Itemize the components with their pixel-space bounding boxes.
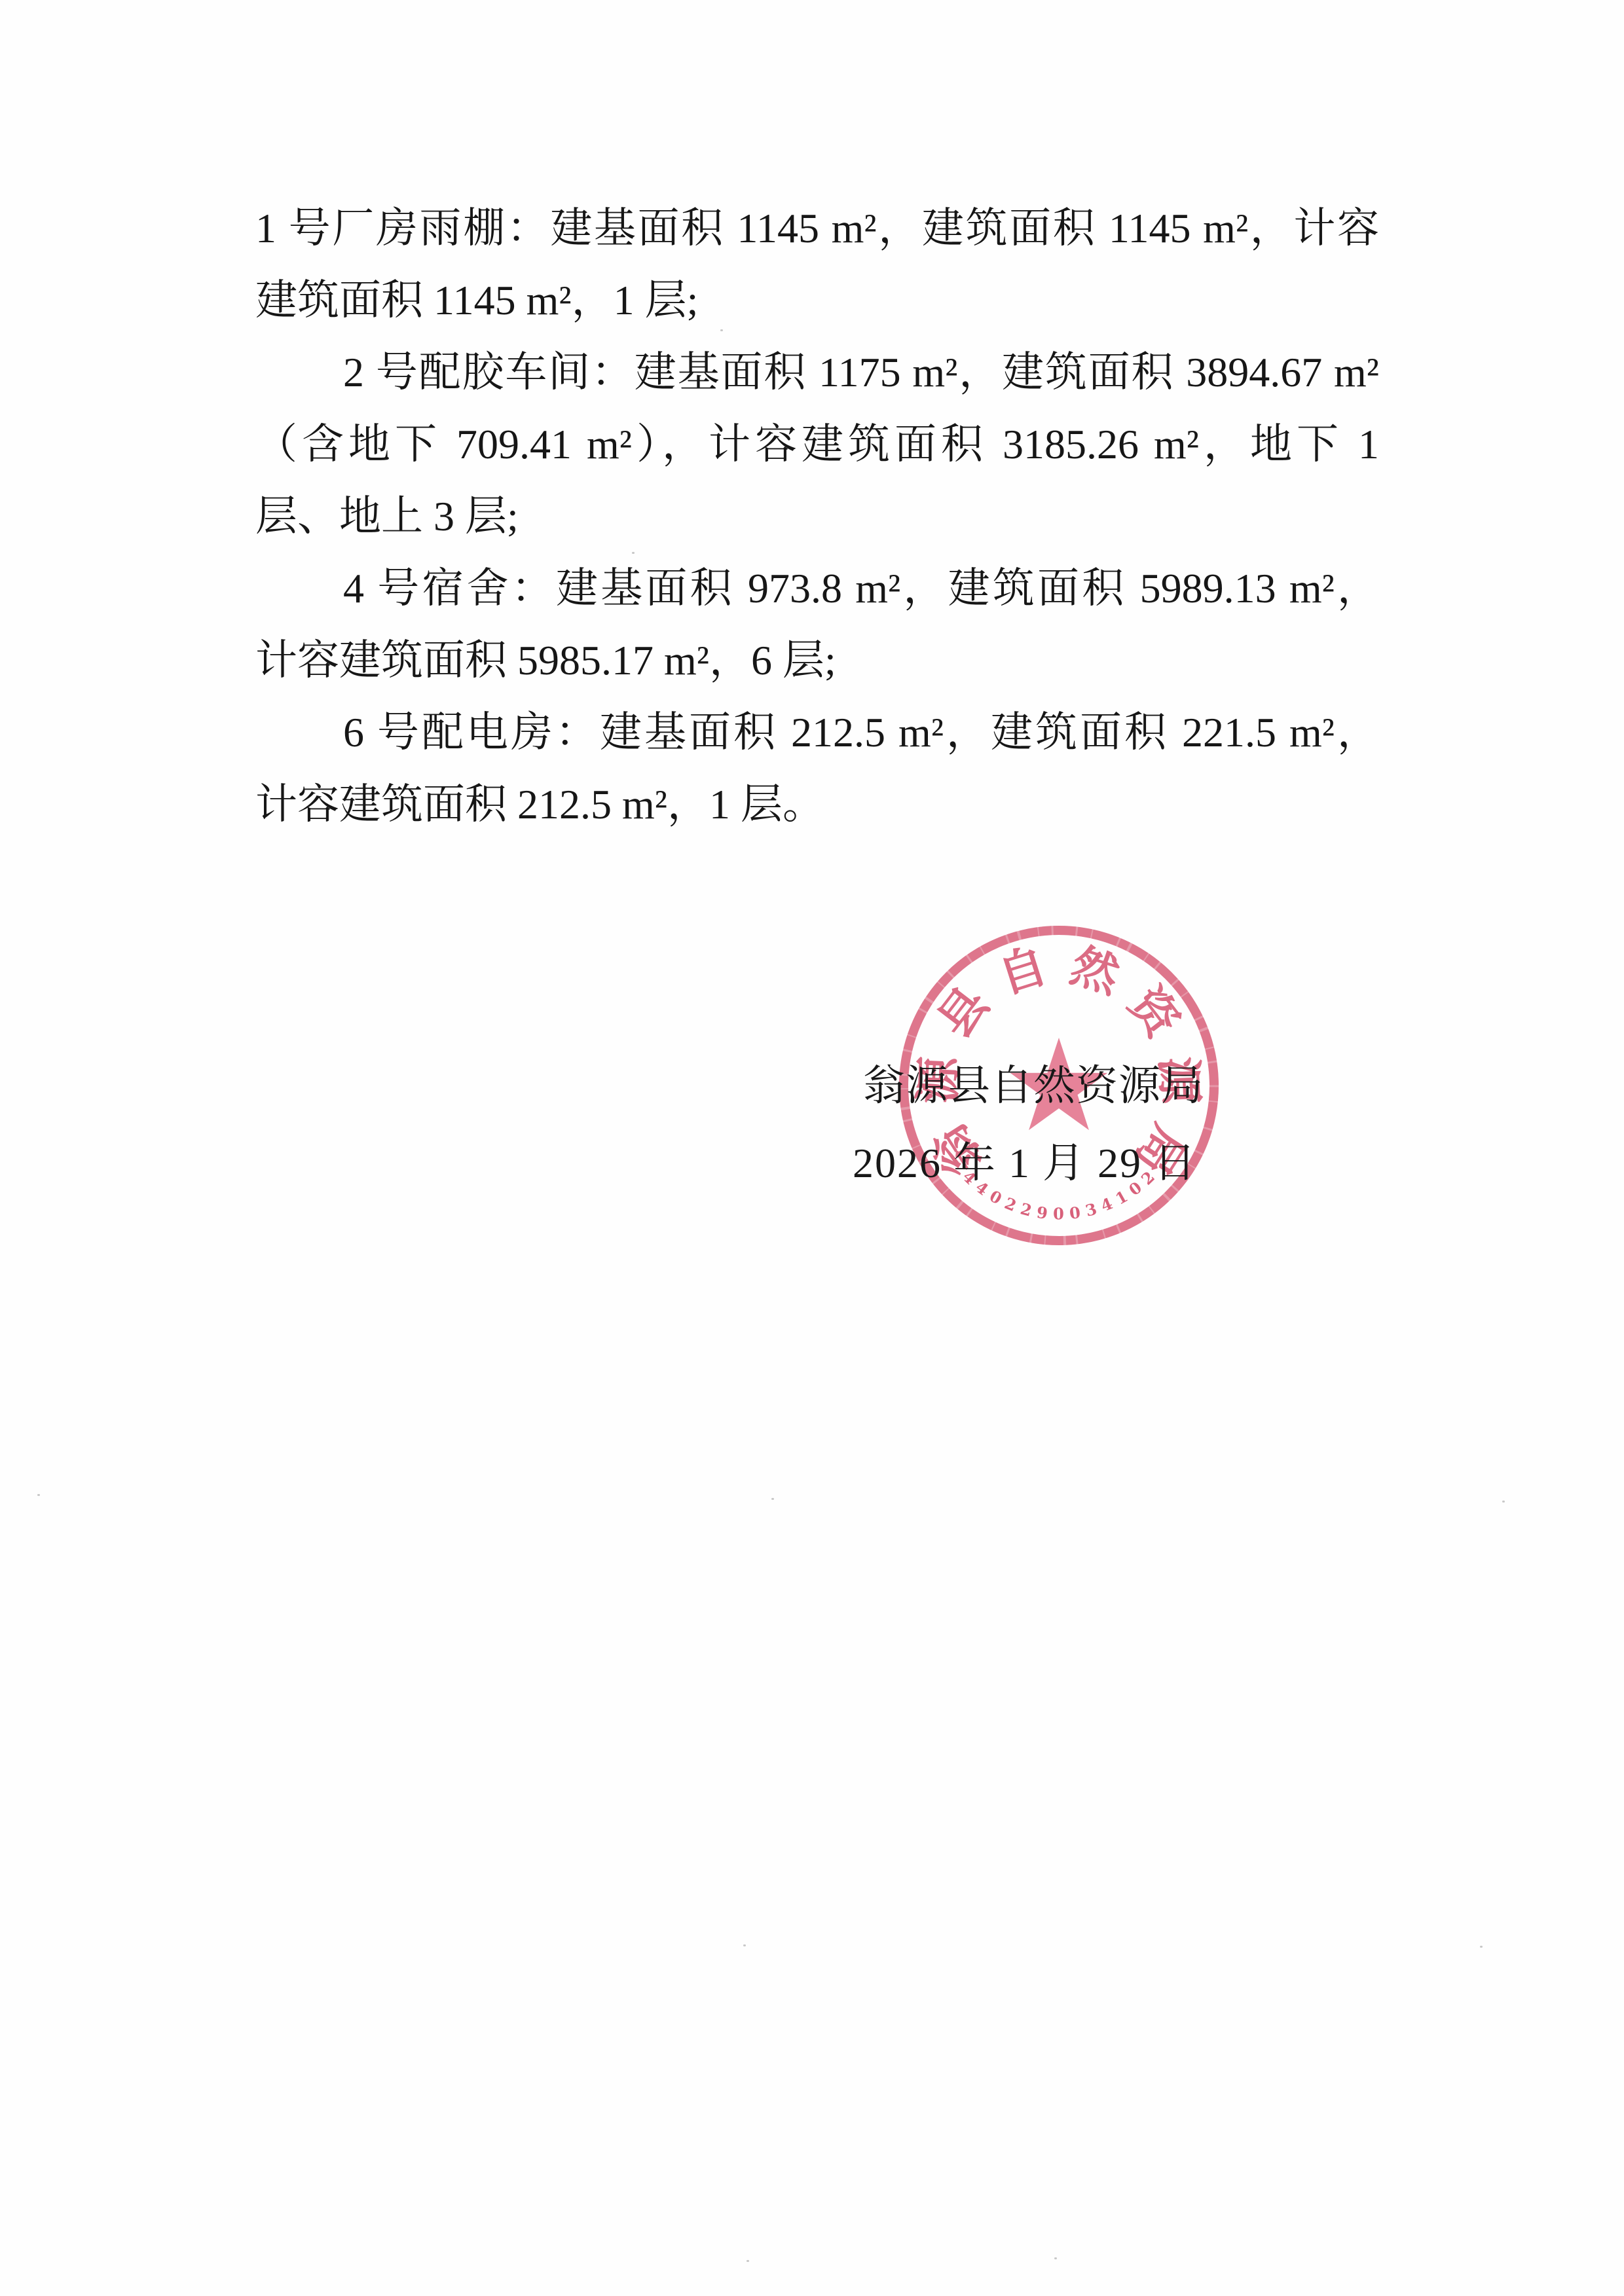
body-line: 2 号配胶车间：建基面积 1175 m²，建筑面积 3894.67 m² xyxy=(255,337,1379,409)
seal-code-char: 2 xyxy=(1002,1194,1020,1216)
seal-code-char: 9 xyxy=(1035,1203,1049,1223)
body-line: 计容建筑面积 212.5 m²，1 层。 xyxy=(255,769,1379,841)
paper-speck xyxy=(1480,1946,1483,1948)
body-line: 6 号配电房：建基面积 212.5 m²，建筑面积 221.5 m²， xyxy=(255,697,1379,769)
paper-speck xyxy=(743,1944,746,1946)
seal-code-char: 2 xyxy=(1018,1199,1034,1220)
body-line: 1 号厂房雨棚：建基面积 1145 m²，建筑面积 1145 m²，计容 xyxy=(255,192,1379,264)
seal-code-char: 4 xyxy=(1098,1194,1116,1216)
page: 1 号厂房雨棚：建基面积 1145 m²，建筑面积 1145 m²，计容建筑面积… xyxy=(0,0,1624,2296)
seal-ring-char: 然 xyxy=(1065,939,1126,1004)
signature-date: 2026 年 1 月 29 日 xyxy=(853,1140,1197,1186)
seal-code-char: 0 xyxy=(1068,1203,1082,1223)
seal-code-char: 3 xyxy=(1083,1199,1099,1220)
signature-agency: 翁源县自然资源局 xyxy=(863,1063,1204,1109)
body-line: （含地下 709.41 m²），计容建筑面积 3185.26 m²，地下 1 xyxy=(255,409,1379,481)
paper-speck xyxy=(37,1494,40,1496)
paper-speck xyxy=(771,1498,774,1500)
body-line: 层、地上 3 层; xyxy=(255,481,1379,553)
paper-speck xyxy=(1502,1501,1505,1503)
body-text: 1 号厂房雨棚：建基面积 1145 m²，建筑面积 1145 m²，计容建筑面积… xyxy=(255,192,1379,841)
body-line: 4 号宿舍：建基面积 973.8 m²，建筑面积 5989.13 m²， xyxy=(255,553,1379,625)
paper-speck xyxy=(1054,2257,1057,2259)
body-line: 计容建筑面积 5985.17 m²，6 层; xyxy=(255,625,1379,697)
paper-speck xyxy=(747,2260,749,2262)
body-line: 建筑面积 1145 m²，1 层; xyxy=(255,264,1379,337)
seal-code-char: 0 xyxy=(1053,1205,1065,1224)
seal-ring-char: 自 xyxy=(993,939,1054,1004)
seal-code-char: 0 xyxy=(986,1186,1006,1209)
